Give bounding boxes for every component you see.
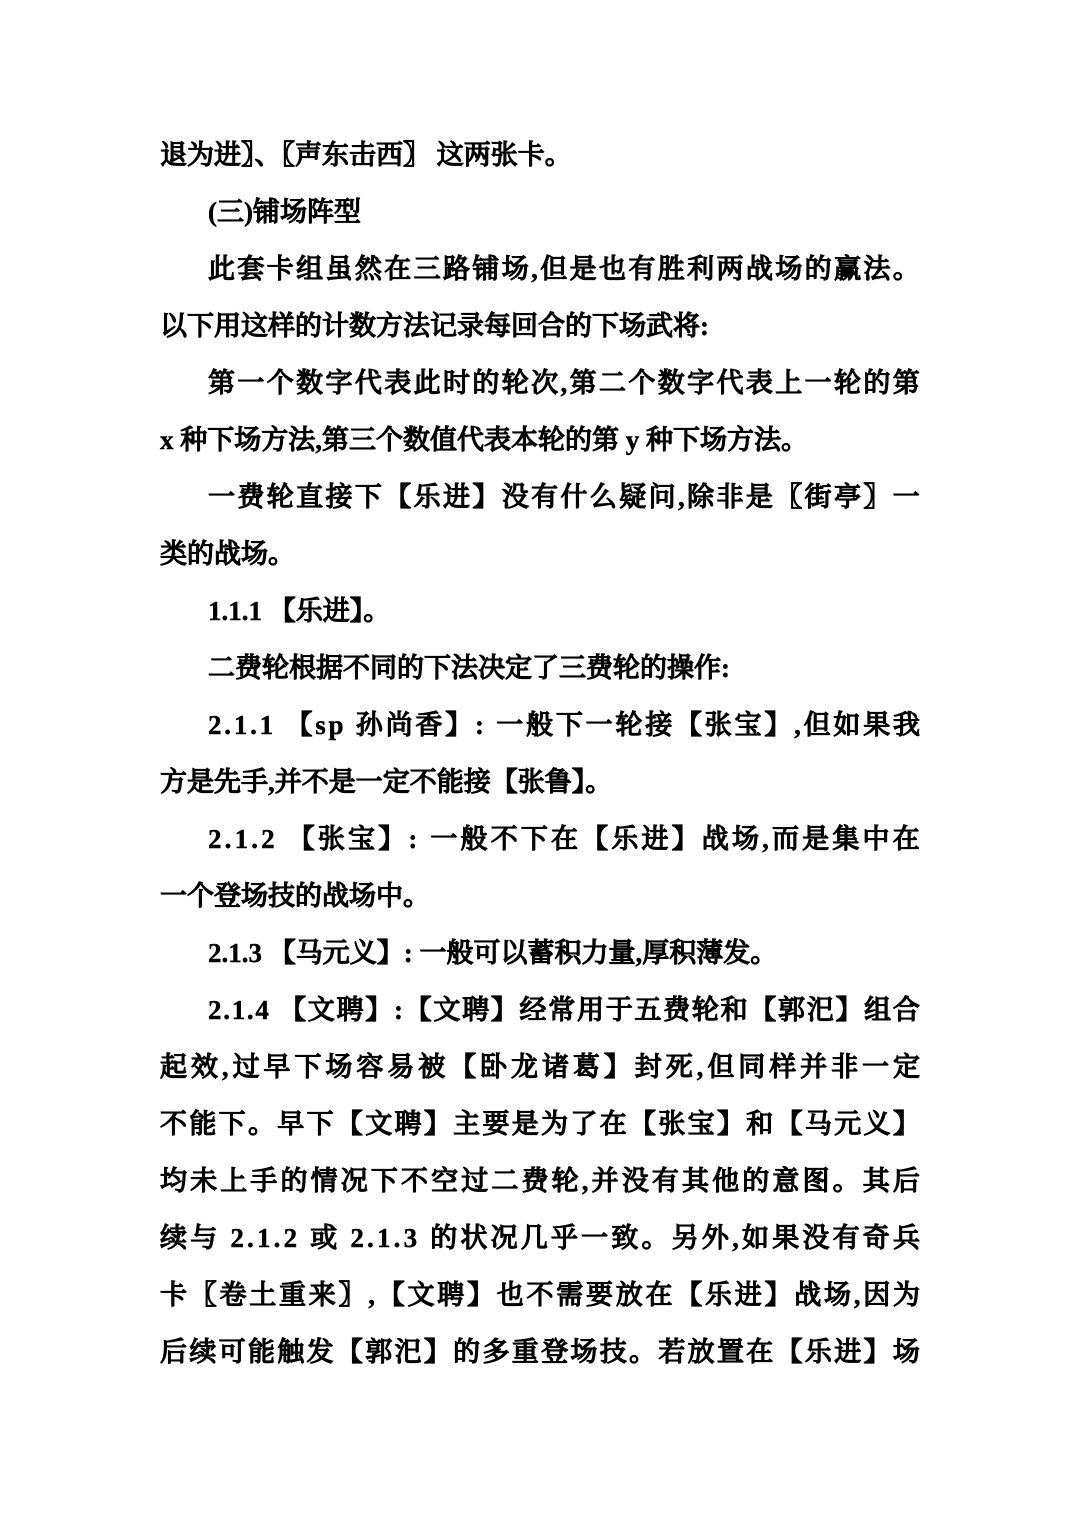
- text-line: x 种下场方法,第三个数值代表本轮的第 y 种下场方法。: [160, 412, 920, 469]
- text-line: 以下用这样的计数方法记录每回合的下场武将:: [160, 298, 920, 355]
- text-line: 二费轮根据不同的下法决定了三费轮的操作:: [160, 640, 920, 697]
- text-line: 2.1.3 【马元义】: 一般可以蓄积力量,厚积薄发。: [160, 925, 920, 982]
- text-line: 一费轮直接下【乐进】没有什么疑问,除非是〖街亭〗一: [160, 469, 920, 526]
- text-line: 均未上手的情况下不空过二费轮,并没有其他的意图。其后: [160, 1153, 920, 1210]
- text-line: 续与 2.1.2 或 2.1.3 的状况几乎一致。另外,如果没有奇兵: [160, 1210, 920, 1267]
- document-page: 退为进〗、〖声东击西〗 这两张卡。(三)铺场阵型此套卡组虽然在三路铺场,但是也有…: [0, 0, 1080, 1527]
- text-line: 方是先手,并不是一定不能接【张鲁】。: [160, 754, 920, 811]
- text-block: 退为进〗、〖声东击西〗 这两张卡。(三)铺场阵型此套卡组虽然在三路铺场,但是也有…: [160, 127, 920, 1381]
- text-line: 第一个数字代表此时的轮次,第二个数字代表上一轮的第: [160, 355, 920, 412]
- text-line: (三)铺场阵型: [160, 184, 920, 241]
- text-line: 后续可能触发【郭汜】的多重登场技。若放置在【乐进】场: [160, 1324, 920, 1381]
- text-line: 类的战场。: [160, 526, 920, 583]
- text-line: 卡〖卷土重来〗,【文聘】也不需要放在【乐进】战场,因为: [160, 1267, 920, 1324]
- text-line: 2.1.2 【张宝】: 一般不下在【乐进】战场,而是集中在: [160, 811, 920, 868]
- text-line: 2.1.4 【文聘】:【文聘】经常用于五费轮和【郭汜】组合: [160, 982, 920, 1039]
- text-line: 一个登场技的战场中。: [160, 868, 920, 925]
- text-line: 1.1.1 【乐进】。: [160, 583, 920, 640]
- text-line: 退为进〗、〖声东击西〗 这两张卡。: [160, 127, 920, 184]
- text-line: 此套卡组虽然在三路铺场,但是也有胜利两战场的赢法。: [160, 241, 920, 298]
- text-line: 2.1.1 【sp 孙尚香】: 一般下一轮接【张宝】,但如果我: [160, 697, 920, 754]
- text-line: 不能下。早下【文聘】主要是为了在【张宝】和【马元义】: [160, 1096, 920, 1153]
- text-line: 起效,过早下场容易被【卧龙诸葛】封死,但同样并非一定: [160, 1039, 920, 1096]
